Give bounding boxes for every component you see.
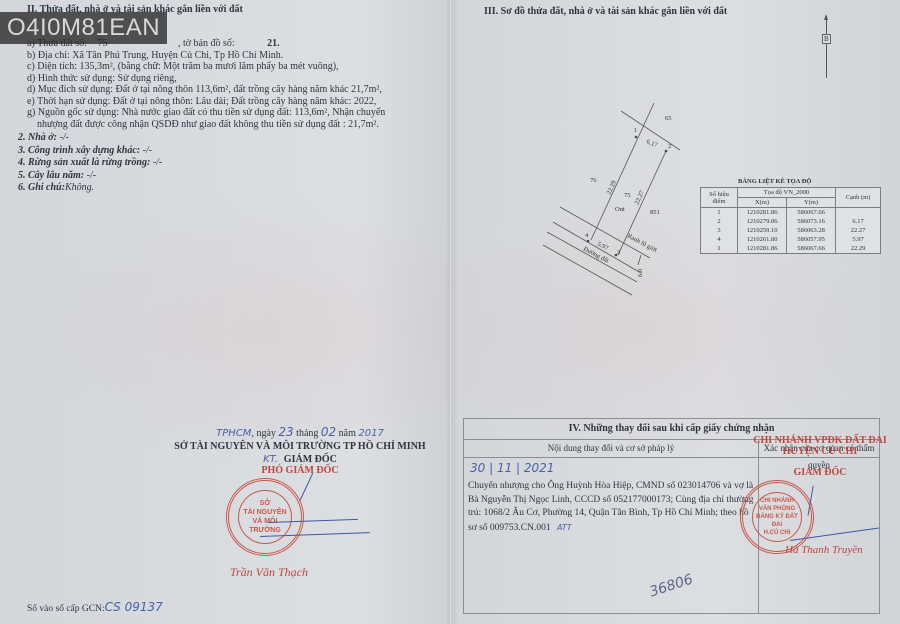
cell: 1210281.86 [738, 244, 787, 254]
cell: 586057.95 [787, 235, 836, 244]
cell: 22.29 [836, 244, 881, 254]
table-row: 11210281.86586067.66 [701, 208, 881, 218]
parcel-label-diagram: 75 [624, 192, 631, 199]
confirm-org: CHI NHÁNH VPĐK ĐẤT ĐAI [750, 435, 890, 446]
edge-1-2: 6.17 [645, 138, 659, 149]
land-type-label: Ont [615, 206, 625, 213]
cell: 6.17 [836, 217, 881, 226]
cell: 5.97 [836, 235, 881, 244]
table-row: 31210259.10586063.2822.27 [701, 226, 881, 235]
coord-table-title: BẢNG LIỆT KÊ TỌA ĐỘ [738, 178, 811, 185]
confirm-signer-name: Hà Thanh Truyền [785, 544, 863, 556]
change-date: 30 | 11 | 2021 [470, 461, 554, 475]
cell: 1210279.06 [738, 217, 787, 226]
coord-table: Số hiệu điểm Tọa độ VN_2000 Cạnh (m) X(m… [700, 187, 881, 254]
confirm-stamp: CHI NHÁNH VĂN PHÒNG ĐĂNG KÝ ĐẤT ĐAI H.CỦ… [740, 480, 814, 554]
cell: 3 [701, 226, 738, 235]
col-content: Nội dung thay đổi và cơ sở pháp lý [464, 440, 759, 457]
cell: 1210281.86 [738, 208, 787, 218]
table-row: 41210261.80586057.955.97 [701, 235, 881, 244]
cell: 1 [701, 244, 738, 254]
cell: 4 [701, 235, 738, 244]
confirm-signature-block: CHI NHÁNH VPĐK ĐẤT ĐAI HUYỆN CỦ CHI GIÁM… [750, 435, 890, 478]
point-1: 1 [634, 127, 637, 134]
col-point: Số hiệu điểm [701, 188, 738, 208]
stamp-line: ĐĂNG KÝ ĐẤT ĐAI [753, 513, 801, 529]
neighbor-west: 76 [590, 177, 597, 184]
table-row: 21210279.06586073.166.17 [701, 217, 881, 226]
cell: 1 [701, 208, 738, 218]
road-width: 6.0 [637, 269, 644, 277]
neighbor-north: 65 [665, 115, 672, 122]
point-4: 4 [585, 232, 589, 239]
col-x: X(m) [738, 198, 787, 208]
stamp-line: CHI NHÁNH [760, 497, 794, 505]
cell: 1210261.80 [738, 235, 787, 244]
col-coord: Tọa độ VN_2000 [738, 188, 836, 198]
stamp-line: H.CỦ CHI [764, 529, 791, 537]
change-text: Chuyển nhượng cho Ông Huỳnh Hòa Hiệp, CM… [468, 481, 754, 533]
change-content: Chuyển nhượng cho Ông Huỳnh Hòa Hiệp, CM… [468, 480, 758, 535]
cell: 586067.66 [787, 244, 836, 254]
point-3: 3 [617, 249, 620, 256]
table-row: 11210281.86586067.6622.29 [701, 244, 881, 254]
cell: 2 [701, 217, 738, 226]
cell: 22.27 [836, 226, 881, 235]
change-initials: ATT [557, 523, 572, 532]
cell: 586073.16 [787, 217, 836, 226]
col-edge: Cạnh (m) [836, 188, 881, 208]
neighbor-east: 851 [650, 209, 660, 216]
stamp-line: VĂN PHÒNG [759, 505, 795, 513]
edge-4-1: 22.29 [605, 180, 618, 196]
cell [836, 208, 881, 218]
confirm-district: HUYỆN CỦ CHI [750, 446, 890, 457]
cell: 1210259.10 [738, 226, 787, 235]
cell: 586067.66 [787, 208, 836, 218]
cell: 586063.28 [787, 226, 836, 235]
boundary-label: Ranh lộ giới [626, 233, 658, 254]
confirm-title: GIÁM ĐỐC [750, 467, 890, 478]
point-2: 2 [668, 143, 671, 150]
col-y: Y(m) [787, 198, 836, 208]
handwritten-number: 36806 [648, 572, 695, 601]
